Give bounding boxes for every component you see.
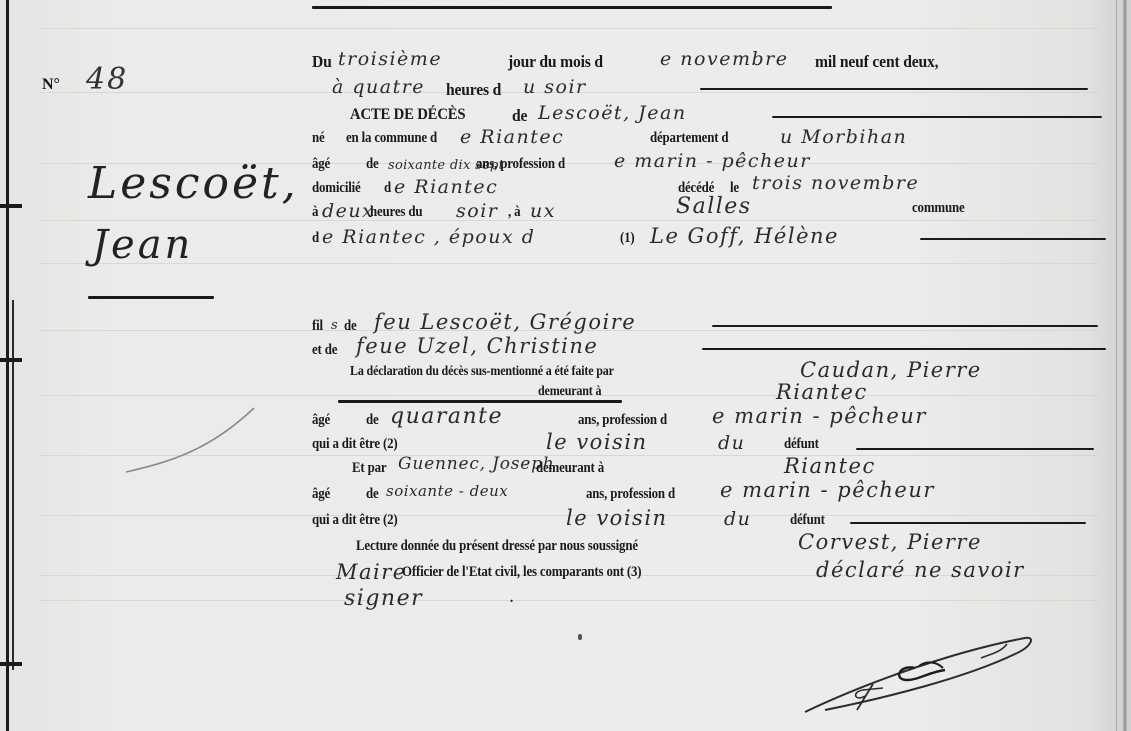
- hw-birthplace: e Riantec: [460, 126, 564, 148]
- text-period: .: [510, 590, 513, 607]
- text-qui-a-dit-etre: qui a dit être (2): [312, 512, 398, 529]
- text-commune: commune: [912, 200, 965, 217]
- fill-line: [850, 522, 1086, 524]
- fill-line: [920, 238, 1106, 240]
- hw-du: du: [724, 508, 751, 530]
- text-age: âgé: [312, 486, 330, 503]
- margin-tick: [0, 358, 22, 362]
- act-number-label: N°: [42, 76, 60, 94]
- hw-declarant2-profession: e marin - pêcheur: [720, 478, 935, 502]
- hw-signer: signer: [344, 586, 423, 611]
- hw-death-hour: deux: [322, 200, 374, 222]
- margin-underline: [88, 296, 214, 299]
- officer-signature: [795, 628, 1035, 718]
- text-qui-a-dit-etre: qui a dit être (2): [312, 436, 398, 453]
- page-edge: [1123, 0, 1127, 731]
- fill-line: [772, 116, 1102, 118]
- text-jour-du-mois: jour du mois d: [508, 52, 603, 72]
- hw-declaration: déclaré ne savoir: [816, 558, 1025, 582]
- fill-line: [702, 348, 1106, 350]
- stray-pen-stroke: [120, 400, 260, 480]
- text-en-la-commune: en la commune d: [346, 130, 437, 147]
- hw-aux: ux: [530, 200, 556, 222]
- text-de: de: [366, 412, 379, 429]
- fill-line: [338, 400, 622, 403]
- text-du: Du: [312, 52, 332, 72]
- hw-officer-name: Corvest, Pierre: [798, 530, 982, 554]
- text-lecture: Lecture donnée du présent dressé par nou…: [356, 538, 638, 555]
- text-et-de: et de: [312, 342, 337, 359]
- text-de: de: [512, 106, 527, 126]
- hw-fils-suffix: s: [331, 318, 338, 333]
- hw-officer-title: Maire: [336, 560, 407, 584]
- text-age: âgé: [312, 156, 330, 173]
- hw-declarant2-age: soixante - deux: [386, 482, 508, 500]
- fill-line: [712, 325, 1098, 327]
- hw-period: u soir: [523, 76, 587, 98]
- previous-act-closing-line: [312, 6, 832, 9]
- text-demeurant: demeurant à: [536, 460, 604, 477]
- hw-department: u Morbihan: [780, 126, 907, 148]
- hw-declarant1-residence: Riantec: [776, 380, 868, 404]
- hw-commune-spouse: e Riantec , époux d: [322, 226, 535, 248]
- page-edge-line: [1116, 0, 1117, 731]
- margin-given-name: Jean: [92, 222, 193, 268]
- hw-deceased-name: Lescoët, Jean: [538, 102, 687, 124]
- text-a-comma: , à: [508, 204, 520, 221]
- hw-declarant1-age: quarante: [390, 404, 503, 429]
- text-year: mil neuf cent deux,: [815, 52, 938, 72]
- text-footnote-1: (1): [620, 230, 635, 247]
- hw-declarant2-residence: Riantec: [784, 454, 876, 478]
- act-number-value: 48: [86, 62, 128, 97]
- hw-declarant1: Caudan, Pierre: [800, 358, 982, 382]
- text-demeurant: demeurant à: [538, 384, 601, 400]
- margin-surname: Lescoët,: [88, 158, 299, 209]
- hw-day: troisième: [338, 48, 442, 70]
- margin-tick: [0, 662, 22, 666]
- fill-line: [700, 88, 1088, 90]
- act-title: ACTE DE DÉCÈS: [350, 106, 465, 124]
- hw-father: feu Lescoët, Grégoire: [374, 310, 636, 334]
- register-page: N° 48 Lescoët, Jean Du troisième jour du…: [0, 0, 1131, 731]
- text-defunt: défunt: [790, 512, 825, 529]
- margin-tick: [0, 204, 22, 208]
- hw-domicile: e Riantec: [394, 176, 498, 198]
- text-d: d: [384, 180, 391, 197]
- text-a: à: [312, 204, 318, 221]
- hw-declarant2-relation: le voisin: [566, 506, 668, 530]
- hw-spouse-name: Le Goff, Hélène: [650, 224, 839, 248]
- ink-mark: [578, 634, 582, 640]
- fill-line: [856, 448, 1094, 450]
- ruled-line: [40, 600, 1100, 601]
- hw-du: du: [718, 432, 745, 454]
- text-de: de: [366, 486, 379, 503]
- margin-binding-line: [12, 300, 14, 670]
- text-officier: Officier de l'Etat civil, les comparants…: [402, 564, 641, 581]
- hw-declarant1-relation: le voisin: [546, 430, 648, 454]
- hw-death-date: trois novembre: [752, 172, 919, 194]
- text-age: âgé: [312, 412, 330, 429]
- ruled-line: [40, 220, 1100, 221]
- text-heures: heures d: [446, 80, 501, 100]
- text-domicilie: domicilié: [312, 180, 361, 197]
- margin-binding-line: [6, 0, 9, 731]
- text-de: de: [344, 318, 357, 335]
- hw-death-place: Salles: [676, 194, 752, 219]
- text-ans-profession: ans, profession d: [476, 156, 565, 173]
- text-fils: fil: [312, 318, 323, 335]
- text-ne: né: [312, 130, 325, 147]
- hw-declarant2: Guennec, Joseph: [398, 454, 555, 474]
- text-defunt: défunt: [784, 436, 819, 453]
- text-et-par: Et par: [352, 460, 386, 477]
- text-departement: département d: [650, 130, 728, 147]
- text-heures-du: heures du: [370, 204, 422, 221]
- text-ans-profession: ans, profession d: [586, 486, 675, 503]
- text-ans-profession: ans, profession d: [578, 412, 667, 429]
- ruled-line: [40, 28, 1100, 29]
- hw-death-period: soir: [456, 200, 498, 222]
- ruled-line: [40, 263, 1100, 264]
- hw-mother: feue Uzel, Christine: [356, 334, 598, 358]
- text-declaration: La déclaration du décès sus-mentionné a …: [350, 364, 614, 380]
- hw-profession: e marin - pêcheur: [614, 150, 811, 172]
- text-de: de: [366, 156, 379, 173]
- hw-hour: à quatre: [332, 76, 425, 98]
- hw-declarant1-profession: e marin - pêcheur: [712, 404, 927, 428]
- hw-month: e novembre: [660, 48, 788, 70]
- text-d: d: [312, 230, 319, 247]
